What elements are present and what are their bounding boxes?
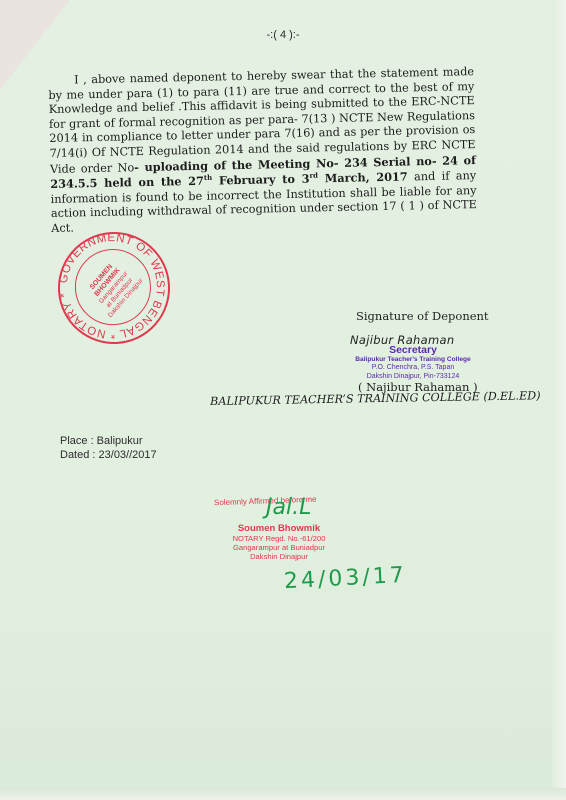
signature-label: Signature of Deponent <box>356 309 489 323</box>
notary-line: NOTARY Regd. No.-61/200 <box>214 534 344 543</box>
notary-signature: Jal.L <box>266 495 311 520</box>
page-number: -:( 4 ):- <box>0 29 566 41</box>
notary-line: Gangarampur at Buniadpur <box>214 543 344 552</box>
college-name: BALIPUKUR TEACHER’S TRAINING COLLEGE (D.… <box>210 389 541 408</box>
dated: Dated : 23/03//2017 <box>60 448 157 462</box>
document-page: -:( 4 ):- I , above named deponent to he… <box>0 0 566 800</box>
stamp-line: P.O. Chenchra, P.S. Tapan <box>338 364 488 373</box>
notary-seal: GOVERNMENT OF WEST BENGAL * NOTARY * SOU… <box>54 228 174 348</box>
affidavit-paragraph: I , above named deponent to hereby swear… <box>48 65 477 236</box>
handwritten-date: 24/03/17 <box>283 563 407 594</box>
stamp-line: Balipukur Teacher's Training College <box>338 356 488 364</box>
notary-name: Soumen Bhowmik <box>214 523 344 534</box>
place-date: Place : Balipukur Dated : 23/03//2017 <box>60 434 157 462</box>
notary-line: Dakshin Dinajpur <box>214 552 344 561</box>
page-edge-bottom <box>0 788 566 800</box>
place: Place : Balipukur <box>60 434 157 448</box>
stamp-title: Secretary <box>338 344 488 356</box>
page-edge-right <box>552 0 566 800</box>
secretary-stamp: Secretary Balipukur Teacher's Training C… <box>338 344 488 381</box>
